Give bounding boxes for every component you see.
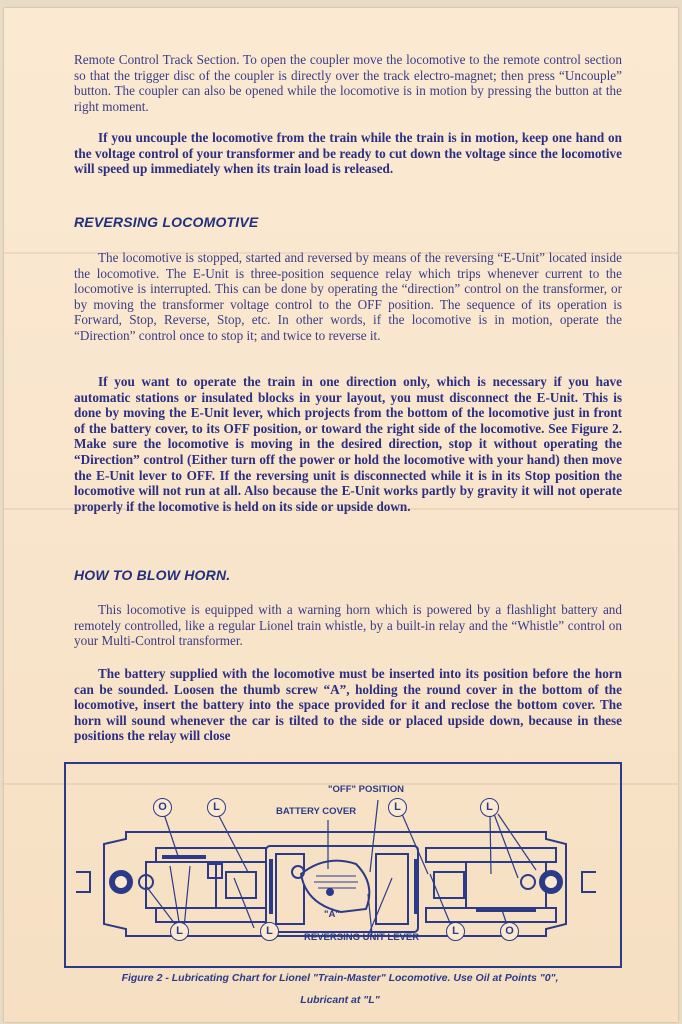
reversing-paragraph-1: The locomotive is stopped, started and r…: [74, 250, 622, 344]
battery-cover-label: BATTERY COVER: [276, 806, 356, 817]
figure-caption-line-2: Lubricant at "L": [40, 990, 640, 1010]
off-position-label: "OFF" POSITION: [328, 784, 404, 795]
intro-paragraph-1: Remote Control Track Section. To open th…: [74, 52, 622, 114]
section-heading-horn: HOW TO BLOW HORN.: [74, 567, 230, 583]
section-heading-reversing: REVERSING LOCOMOTIVE: [74, 214, 258, 230]
lubricant-point-marker: L: [388, 798, 407, 817]
horn-paragraph-2: The battery supplied with the locomotive…: [74, 666, 622, 744]
lubricant-point-marker: L: [446, 922, 465, 941]
reversing-paragraph-2: If you want to operate the train in one …: [74, 374, 622, 514]
oil-point-marker: O: [500, 922, 519, 941]
lubricant-point-marker: L: [207, 798, 226, 817]
thumb-screw-a-label: "A": [324, 909, 340, 920]
figure-caption-line-1: Figure 2 - Lubricating Chart for Lionel …: [40, 968, 640, 988]
lubricant-point-marker: L: [170, 922, 189, 941]
reversing-unit-lever-label: REVERSING UNIT LEVER: [304, 932, 419, 943]
lubricant-point-marker: L: [260, 922, 279, 941]
lubricating-chart-figure: "OFF" POSITION BATTERY COVER "A" REVERSI…: [64, 762, 622, 968]
lubricant-point-marker: L: [480, 798, 499, 817]
intro-paragraph-2: If you uncouple the locomotive from the …: [74, 130, 622, 177]
oil-point-marker: O: [153, 798, 172, 817]
horn-paragraph-1: This locomotive is equipped with a warni…: [74, 602, 622, 649]
